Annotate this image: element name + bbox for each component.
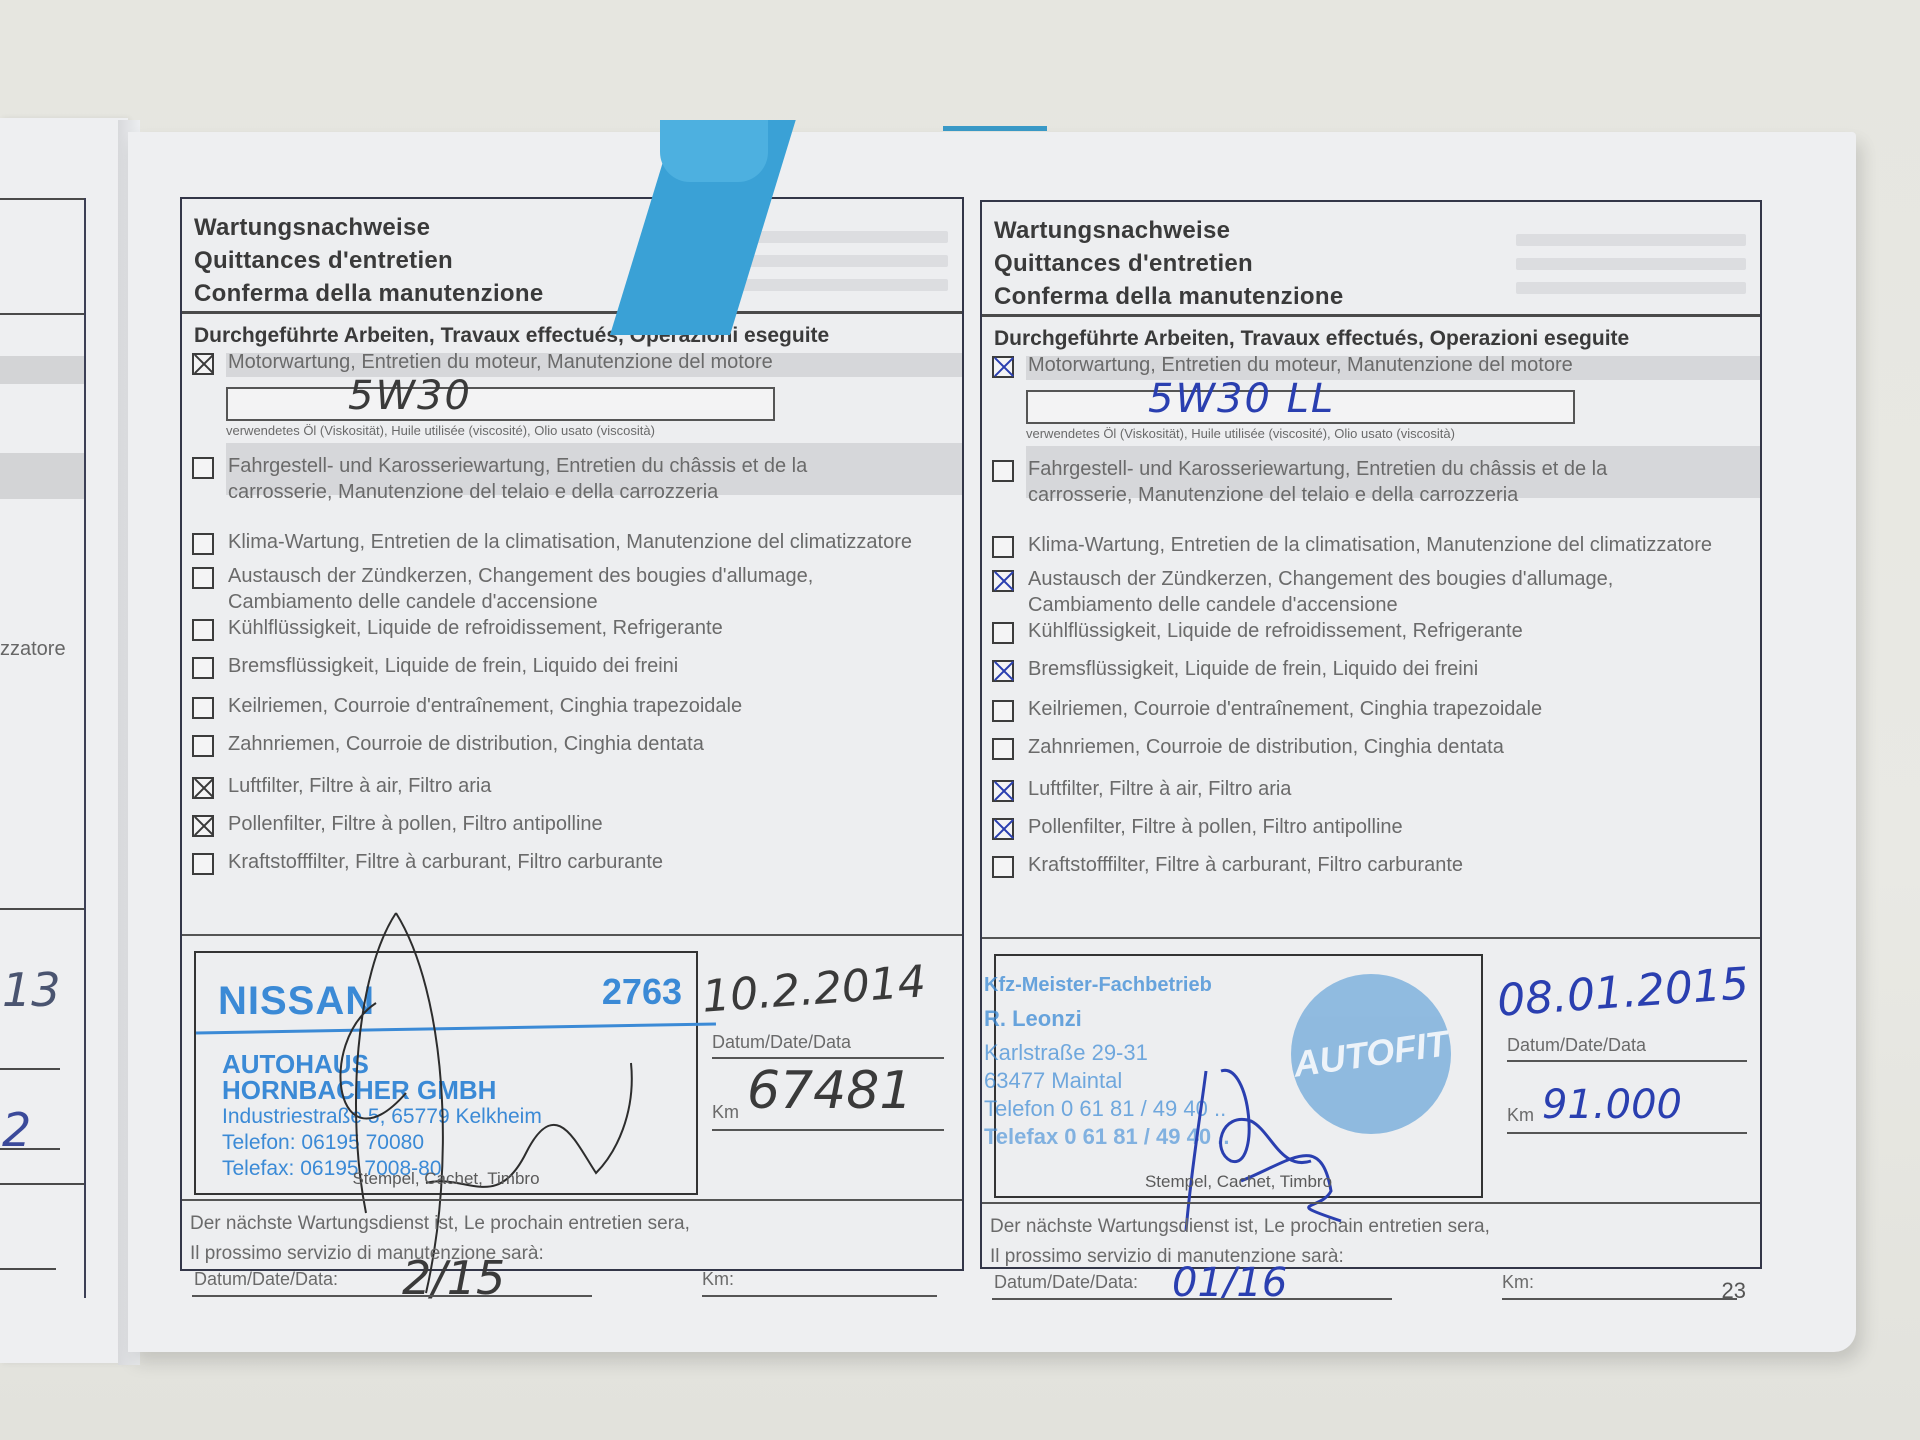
- stamp-area: Kfz-Meister-Fachbetrieb R. Leonzi Karlst…: [994, 954, 1483, 1198]
- mileage-value[interactable]: 67481: [747, 1061, 912, 1121]
- task-item: Austausch der Zündkerzen, Changement des…: [192, 563, 962, 615]
- checkbox[interactable]: [992, 738, 1014, 760]
- task-label: Luftfilter, Filtre à air, Filtro aria: [228, 773, 491, 799]
- date-field-line: [712, 1057, 944, 1059]
- field-line: [0, 1148, 60, 1150]
- next-date-line: [192, 1295, 592, 1297]
- divider: [0, 198, 84, 200]
- panel-header: Wartungsnachweise Quittances d'entretien…: [182, 199, 962, 314]
- task-item: Pollenfilter, Filtre à pollen, Filtro an…: [192, 811, 962, 837]
- task-label: Bremsflüssigkeit, Liquide de frein, Liqu…: [228, 653, 678, 679]
- task-label: Fahrgestell- und Karosseriewartung, Entr…: [228, 453, 888, 505]
- task-label: Luftfilter, Filtre à air, Filtro aria: [1028, 776, 1291, 802]
- panel-titles: Wartungsnachweise Quittances d'entretien…: [994, 214, 1344, 313]
- oil-viscosity-field[interactable]: 5W30: [226, 387, 775, 421]
- stamp-city: 63477 Maintal: [984, 1068, 1122, 1094]
- task-item: Fahrgestell- und Karosseriewartung, Entr…: [192, 453, 962, 505]
- checked-checkbox[interactable]: [992, 780, 1014, 802]
- checked-checkbox[interactable]: [192, 815, 214, 837]
- title-it: Conferma della manutenzione: [194, 277, 544, 310]
- stamp-caption: Stempel, Cachet, Timbro: [196, 1169, 696, 1189]
- next-km-line: [1502, 1298, 1737, 1300]
- task-label: Motorwartung, Entretien du moteur, Manut…: [1028, 352, 1573, 378]
- oil-caption: verwendetes Öl (Viskosität), Huile utili…: [226, 423, 655, 438]
- bookmark-tab-fold: [660, 120, 768, 182]
- km-label: Km: [712, 1102, 739, 1123]
- field-line: [0, 1268, 56, 1270]
- show-through-text: [1516, 222, 1746, 306]
- task-label: Austausch der Zündkerzen, Changement des…: [228, 563, 888, 615]
- task-item: Zahnriemen, Courroie de distribution, Ci…: [992, 734, 1760, 760]
- next-date-label: Datum/Date/Data:: [994, 1272, 1138, 1293]
- checkbox[interactable]: [192, 533, 214, 555]
- km-label: Km: [1507, 1105, 1534, 1126]
- mileage-value[interactable]: 91.000: [1542, 1082, 1682, 1128]
- task-item: Keilriemen, Courroie d'entraînement, Cin…: [992, 696, 1760, 722]
- date-field-line: [1507, 1060, 1747, 1062]
- stamp-area: NISSAN 2763 AUTOHAUS HORNBACHER GMBH Ind…: [194, 951, 698, 1195]
- checked-checkbox[interactable]: [992, 818, 1014, 840]
- task-label: Austausch der Zündkerzen, Changement des…: [1028, 566, 1688, 618]
- task-label: Keilriemen, Courroie d'entraînement, Cin…: [228, 693, 742, 719]
- oil-viscosity-value: 5W30 LL: [1148, 376, 1335, 422]
- task-item: Zahnriemen, Courroie de distribution, Ci…: [192, 731, 962, 757]
- next-service-text-1: Der nächste Wartungsdienst ist, Le proch…: [990, 1212, 1490, 1242]
- checked-checkbox[interactable]: [192, 777, 214, 799]
- title-fr: Quittances d'entretien: [994, 247, 1344, 280]
- checkbox[interactable]: [192, 853, 214, 875]
- task-label: Pollenfilter, Filtre à pollen, Filtro an…: [228, 811, 603, 837]
- km-field-line: [1507, 1132, 1747, 1134]
- handwritten-fragment: 13: [2, 963, 61, 1017]
- checkbox[interactable]: [192, 657, 214, 679]
- next-km-label: Km:: [1502, 1272, 1534, 1293]
- title-de: Wartungsnachweise: [194, 211, 544, 244]
- task-label: Kühlflüssigkeit, Liquide de refroidissem…: [228, 615, 723, 641]
- stamp-caption: Stempel, Cachet, Timbro: [996, 1172, 1481, 1192]
- stamp-line-1: Kfz-Meister-Fachbetrieb: [984, 974, 1212, 997]
- checkbox[interactable]: [192, 457, 214, 479]
- task-item: Fahrgestell- und Karosseriewartung, Entr…: [992, 456, 1760, 508]
- task-item: Luftfilter, Filtre à air, Filtro aria: [192, 773, 962, 799]
- task-item: Kraftstofffilter, Filtre à carburant, Fi…: [192, 849, 962, 875]
- tasks-header: Durchgeführte Arbeiten, Travaux effectué…: [194, 324, 829, 348]
- checkbox[interactable]: [992, 460, 1014, 482]
- task-label: Bremsflüssigkeit, Liquide de frein, Liqu…: [1028, 656, 1478, 682]
- divider: [982, 1202, 1760, 1204]
- panel-header: Wartungsnachweise Quittances d'entretien…: [982, 202, 1760, 317]
- task-label: Zahnriemen, Courroie de distribution, Ci…: [228, 731, 704, 757]
- checkbox[interactable]: [192, 619, 214, 641]
- next-km-line: [702, 1295, 937, 1297]
- task-item: Kühlflüssigkeit, Liquide de refroidissem…: [992, 618, 1760, 644]
- checked-checkbox[interactable]: [992, 356, 1014, 378]
- task-item: Keilriemen, Courroie d'entraînement, Cin…: [192, 693, 962, 719]
- date-label: Datum/Date/Data: [1507, 1035, 1646, 1056]
- previous-page: zzatore 13 2: [0, 118, 128, 1363]
- task-item: Luftfilter, Filtre à air, Filtro aria: [992, 776, 1760, 802]
- title-it: Conferma della manutenzione: [994, 280, 1344, 313]
- task-label: Kühlflüssigkeit, Liquide de refroidissem…: [1028, 618, 1523, 644]
- divider: [0, 313, 84, 315]
- divider: [0, 1183, 84, 1185]
- checkbox[interactable]: [992, 856, 1014, 878]
- task-item: Bremsflüssigkeit, Liquide de frein, Liqu…: [992, 656, 1760, 682]
- next-km-label: Km:: [702, 1269, 734, 1290]
- shaded-row: [0, 356, 84, 384]
- title-de: Wartungsnachweise: [994, 214, 1344, 247]
- service-date[interactable]: 08.01.2015: [1496, 958, 1751, 1026]
- task-label: Kraftstofffilter, Filtre à carburant, Fi…: [228, 849, 663, 875]
- oil-viscosity-field[interactable]: 5W30 LL: [1026, 390, 1575, 424]
- checkbox[interactable]: [992, 622, 1014, 644]
- stamp-street: Karlstraße 29-31: [984, 1040, 1148, 1066]
- tasks-header: Durchgeführte Arbeiten, Travaux effectué…: [994, 327, 1629, 351]
- next-date-label: Datum/Date/Data:: [194, 1269, 338, 1290]
- divider: [182, 1199, 962, 1201]
- checkbox[interactable]: [192, 735, 214, 757]
- task-label: Pollenfilter, Filtre à pollen, Filtro an…: [1028, 814, 1403, 840]
- task-item: Klima-Wartung, Entretien de la climatisa…: [992, 532, 1760, 558]
- bookmark-tab-edge: [943, 126, 1047, 131]
- task-item: Austausch der Zündkerzen, Changement des…: [992, 566, 1760, 618]
- maintenance-record-panel-2: Wartungsnachweise Quittances d'entretien…: [980, 200, 1762, 1269]
- task-label: Motorwartung, Entretien du moteur, Manut…: [228, 349, 773, 375]
- checkbox[interactable]: [192, 567, 214, 589]
- task-label: Kraftstofffilter, Filtre à carburant, Fi…: [1028, 852, 1463, 878]
- task-label: Klima-Wartung, Entretien de la climatisa…: [228, 529, 912, 555]
- task-item: Bremsflüssigkeit, Liquide de frein, Liqu…: [192, 653, 962, 679]
- task-label: Klima-Wartung, Entretien de la climatisa…: [1028, 532, 1712, 558]
- shaded-row: [0, 453, 84, 499]
- checkbox[interactable]: [992, 536, 1014, 558]
- page-number: 23: [1722, 1278, 1746, 1304]
- stamp-line-2: R. Leonzi: [984, 1006, 1082, 1032]
- task-item: Motorwartung, Entretien du moteur, Manut…: [192, 349, 962, 375]
- task-item: Kühlflüssigkeit, Liquide de refroidissem…: [192, 615, 962, 641]
- next-service-text-1: Der nächste Wartungsdienst ist, Le proch…: [190, 1209, 690, 1239]
- oil-caption: verwendetes Öl (Viskosität), Huile utili…: [1026, 426, 1455, 441]
- maintenance-record-panel-1: Wartungsnachweise Quittances d'entretien…: [180, 197, 964, 1271]
- task-item: Pollenfilter, Filtre à pollen, Filtro an…: [992, 814, 1760, 840]
- km-field-line: [712, 1129, 944, 1131]
- title-fr: Quittances d'entretien: [194, 244, 544, 277]
- divider: [0, 908, 84, 910]
- task-item: Motorwartung, Entretien du moteur, Manut…: [992, 352, 1760, 378]
- oil-viscosity-value: 5W30: [348, 373, 472, 419]
- checked-checkbox[interactable]: [992, 660, 1014, 682]
- field-line: [0, 1068, 60, 1070]
- next-service-text-2: Il prossimo servizio di manutenzione sar…: [990, 1242, 1344, 1272]
- task-item: Klima-Wartung, Entretien de la climatisa…: [192, 529, 962, 555]
- task-label: Fahrgestell- und Karosseriewartung, Entr…: [1028, 456, 1688, 508]
- previous-page-text: zzatore: [0, 638, 66, 661]
- checkbox[interactable]: [992, 700, 1014, 722]
- date-label: Datum/Date/Data: [712, 1032, 851, 1053]
- task-label: Keilriemen, Courroie d'entraînement, Cin…: [1028, 696, 1542, 722]
- divider: [982, 937, 1760, 939]
- panel-titles: Wartungsnachweise Quittances d'entretien…: [194, 211, 544, 310]
- next-date-line: [992, 1298, 1392, 1300]
- task-label: Zahnriemen, Courroie de distribution, Ci…: [1028, 734, 1504, 760]
- checked-checkbox[interactable]: [192, 353, 214, 375]
- checkbox[interactable]: [192, 697, 214, 719]
- task-item: Kraftstofffilter, Filtre à carburant, Fi…: [992, 852, 1760, 878]
- checked-checkbox[interactable]: [992, 570, 1014, 592]
